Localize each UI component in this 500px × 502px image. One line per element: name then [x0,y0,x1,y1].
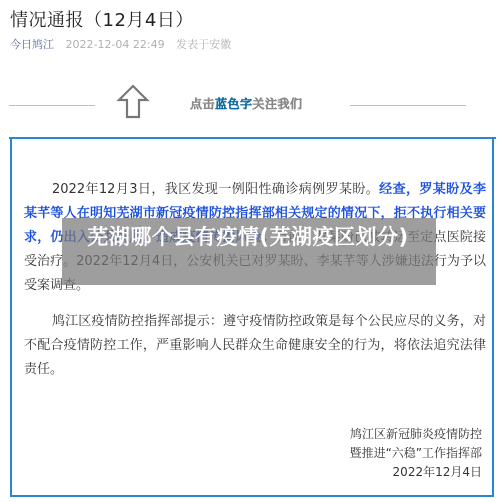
signature-date: 2022年12月4日 [350,463,482,482]
follow-banner: 点击蓝色字关注我们 [0,80,500,120]
article-meta: 今日鸠江 2022-12-04 22:49 发表于安徽 [10,36,231,52]
divider-right [350,105,466,106]
signature-block: 鸠江区新冠肺炎疫情防控 暨推进“六稳”工作指挥部 2022年12月4日 [350,425,482,482]
article-title: 情况通报（12月4日） [10,6,194,32]
body-paragraph-2: 鸠江区疫情防控指挥部提示：遵守疫情防控政策是每个公民应尽的义务，对不配合疫情防控… [24,310,486,382]
publish-location: 发表于安徽 [176,38,231,51]
paragraph1-start: 2022年12月3日，我区发现一例阳性确诊病例罗某盼。 [52,182,379,197]
follow-highlight: 蓝色字 [215,97,253,111]
divider-left [9,105,95,106]
signature-line-2: 暨推进“六稳”工作指挥部 [350,444,482,463]
follow-prefix: 点击 [190,97,215,111]
signature-line-1: 鸠江区新冠肺炎疫情防控 [350,425,482,444]
publish-datetime: 2022-12-04 22:49 [66,38,165,51]
caption-overlay-text: 芜湖哪个县有疫情(芜湖疫区划分) [72,222,424,252]
follow-suffix: 关注我们 [253,97,303,111]
source-link[interactable]: 今日鸠江 [10,38,54,51]
follow-us-text[interactable]: 点击蓝色字关注我们 [190,95,303,112]
up-arrow-icon [116,84,150,120]
